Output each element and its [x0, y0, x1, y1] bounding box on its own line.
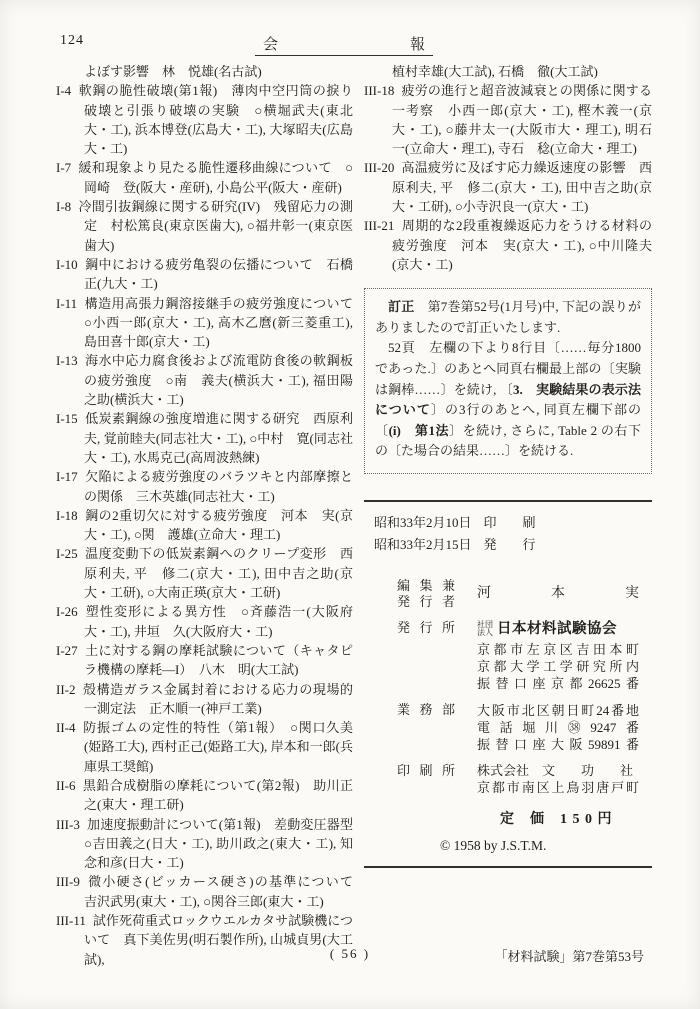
entry-text: 塑性変形による異方性 ○斉藤浩一(大阪府大・工), 井垣 久(大阪府大・工) — [84, 604, 353, 638]
program-entry: I-11構造用高張力鋼溶接継手の疲労強度について ○小西一郎(京大・工), 高木… — [56, 294, 353, 352]
entry-text: 疲労の進行と超音波減衰との関係に関する一考察 小西一郎(京大・工), 樫木義一(… — [392, 83, 665, 156]
program-entry: I-7緩和現象より見たる脆性遷移曲線について ○岡崎 登(阪大・産研), 小島公… — [56, 158, 353, 197]
business-dept-label: 業務部 — [397, 702, 455, 753]
header-title-char-2: 報 — [410, 33, 425, 55]
entry-number: I-18 — [56, 508, 78, 523]
corporate-status: 社団 法人 — [477, 621, 493, 638]
entry-number: I-15 — [56, 411, 78, 426]
print-date-line: 昭和33年2月10日印 刷 — [374, 512, 652, 534]
entry-text: 周期的な2段重複繰返応力をうける材料の疲労強度 河本 実(京大・工), ○中川隆… — [392, 218, 652, 272]
entry-number: I-26 — [56, 604, 78, 619]
program-entry: II-6黒鉛合成樹脂の摩耗について(第2報) 助川正之(東大・理工研) — [56, 776, 353, 815]
program-entry: I-10鋼中における疲労亀裂の伝播について 石橋 正(九大・工) — [56, 255, 353, 294]
program-entry: I-8冷間引抜鋼線に関する研究(IV) 残留応力の測定 村松篤良(東京医歯大),… — [56, 197, 353, 255]
correction-heading: 訂正 — [388, 299, 414, 314]
entry-number: I-11 — [56, 296, 77, 311]
publisher-postal-account: 振替口座京都26625番 — [477, 676, 639, 692]
header-title-char-1: 会 — [263, 33, 278, 55]
print-label: 印 刷 — [484, 515, 536, 530]
entry-number: II-2 — [56, 682, 76, 697]
publisher-row: 発行所 社団 法人 日本材料試験協会 京都市左京区吉田本町 京都大学工学研究所内… — [364, 620, 652, 692]
print-date: 昭和33年2月10日 — [374, 515, 472, 530]
program-entry: III-9微小硬さ(ビッカース硬さ)の基準について 吉沢武男(東大・工), ○関… — [56, 872, 353, 911]
program-entry: I-15低炭素鋼線の強度増進に関する研究 西原利夫, 覚前睦夫(同志社大・工),… — [56, 409, 353, 467]
entry-number: I-4 — [56, 83, 71, 98]
editor-name: 河本実 — [477, 586, 639, 602]
entry-text: 黒鉛合成樹脂の摩耗について(第2報) 助川正之(東大・理工研) — [83, 778, 354, 812]
publisher-org-name: 日本材料試験協会 — [497, 620, 617, 638]
entry-text: 高温疲労に及ぼす応力繰返速度の影響 西原利夫, 平 修二(京大・工), 田中吉之… — [392, 160, 652, 214]
page-number: 124 — [60, 33, 84, 49]
entry-number: III-11 — [56, 913, 86, 928]
right-column: 植村幸雄(大工試), 石橋 徹(大工試) III-18疲労の進行と超音波減衰との… — [364, 62, 652, 969]
entry-number: III-20 — [364, 160, 394, 175]
correction-notice-box: 訂正 第7巻第52号(1月号)中, 下記の誤りがありましたので訂正いたします. … — [364, 288, 652, 474]
program-entry: I-18鋼の2重切欠に対する疲労強度 河本 実(京大・工), ○関 護雄(立命大… — [56, 506, 353, 545]
correction-text: 第7巻第52号(1月号)中, 下記の誤りがありましたので訂正いたします. — [375, 299, 641, 335]
entry-text: 防振ゴムの定性的特性（第1報） ○関口久美(姫路工大), 西村正己(姫路工大),… — [83, 720, 354, 774]
correction-paragraph-1: 訂正 第7巻第52号(1月号)中, 下記の誤りがありましたので訂正いたします. — [375, 297, 641, 338]
page-header: 会 報 — [255, 33, 433, 56]
editor-row: 編集兼 発行者 河本実 — [364, 578, 652, 610]
entry-number: II-6 — [56, 778, 76, 793]
entry-text: 構造用高張力鋼溶接継手の疲労強度について ○小西一郎(京大・工), 高木乙麿(新… — [84, 296, 366, 350]
publisher-address: 京都大学工学研究所内 — [477, 659, 639, 675]
entry-text: 温度変動下の低炭素鋼へのクリープ変形 西原利夫, 平 修二(京大・工), 田中吉… — [84, 546, 353, 600]
business-phone: 電話堀川㊳9247番 — [477, 720, 639, 736]
business-dept-row: 業務部 大阪市北区朝日町24番地 電話堀川㊳9247番 振替口座大阪59891番 — [364, 702, 652, 753]
business-dept-value: 大阪市北区朝日町24番地 電話堀川㊳9247番 振替口座大阪59891番 — [477, 702, 639, 753]
editor-label: 編集兼 発行者 — [397, 578, 455, 610]
correction-bold-ref: (i) 第1法 — [389, 423, 450, 438]
entry-text: 緩和現象より見たる脆性遷移曲線について ○岡崎 登(阪大・産研), 小島公平(阪… — [78, 160, 353, 194]
divider-bottom — [364, 866, 652, 868]
program-entry: I-25温度変動下の低炭素鋼へのクリープ変形 西原利夫, 平 修二(京大・工),… — [56, 544, 353, 602]
publisher-org-line: 社団 法人 日本材料試験協会 — [477, 620, 639, 638]
program-entry: I-4軟鋼の脆性破壊(第1報) 薄肉中空円筒の捩り破壊と引張り破壊の実験 ○横堀… — [56, 81, 353, 158]
program-entry: III-3加速度振動計について(第1報) 差動変圧器型 ○吉田義之(日大・工),… — [56, 815, 353, 873]
program-entry: II-2殻構造ガラス金属封着における応力の現場的一測定法 正木順一(神戸工業) — [56, 680, 353, 719]
continuation-line: 植村幸雄(大工試), 石橋 徹(大工試) — [364, 62, 652, 81]
footer-journal-title: 「材料試験」第7巻第53号 — [494, 946, 644, 965]
program-entry: III-18疲労の進行と超音波減衰との関係に関する一考察 小西一郎(京大・工),… — [364, 81, 652, 158]
entry-text: 海水中応力腐食後および流電防食後の軟鋼板の疲労強度 ○南 義夫(横浜大・工), … — [84, 353, 353, 407]
entry-number: II-4 — [56, 720, 76, 735]
journal-page: 124 会 報 よぼす影響 林 悦雄(名古試) I-4軟鋼の脆性破壊(第1報) … — [0, 0, 700, 1009]
entry-number: III-3 — [56, 817, 80, 832]
entry-number: I-8 — [56, 199, 71, 214]
program-entry: I-26塑性変形による異方性 ○斉藤浩一(大阪府大・工), 井垣 久(大阪府大・… — [56, 602, 353, 641]
entry-text: 微小硬さ(ビッカース硬さ)の基準について 吉沢武男(東大・工), ○関谷三郎(東… — [84, 874, 366, 908]
publisher-label: 発行所 — [397, 620, 455, 692]
entry-number: III-18 — [364, 83, 394, 98]
printer-value: 株式会社 文 功 社 京都市南区上鳥羽唐戸町 — [477, 763, 639, 796]
entry-text: 鋼の2重切欠に対する疲労強度 河本 実(京大・工), ○関 護雄(立命大・理工) — [84, 508, 353, 542]
entry-text: 加速度振動計について(第1報) 差動変圧器型 ○吉田義之(日大・工), 助川政之… — [84, 817, 366, 871]
issue-date: 昭和33年2月15日 — [374, 537, 472, 552]
two-column-body: よぼす影響 林 悦雄(名古試) I-4軟鋼の脆性破壊(第1報) 薄肉中空円筒の捩… — [56, 62, 652, 969]
publisher-address: 京都市左京区吉田本町 — [477, 642, 639, 658]
entry-number: III-21 — [364, 218, 394, 233]
business-address: 大阪市北区朝日町24番地 — [477, 703, 639, 719]
entry-text: 欠陥による疲労強度のバラツキと内部摩擦との関係 三木英雄(同志社大・工) — [84, 469, 353, 503]
left-column: よぼす影響 林 悦雄(名古試) I-4軟鋼の脆性破壊(第1報) 薄肉中空円筒の捩… — [56, 62, 353, 969]
issue-date-line: 昭和33年2月15日発 行 — [374, 534, 652, 556]
entry-number: I-7 — [56, 160, 71, 175]
correction-paragraph-2: 52頁 左欄の下より8行目〔……毎分1800であった.〕のあとへ同頁右欄最上部の… — [375, 338, 641, 462]
entry-number: III-9 — [56, 874, 80, 889]
issue-label: 発 行 — [484, 537, 536, 552]
publication-dates: 昭和33年2月10日印 刷 昭和33年2月15日発 行 — [374, 512, 652, 556]
price: 定 価 1 5 0 円 — [500, 808, 652, 828]
program-entry: I-27土に対する鋼の摩耗試験について（キャタピラ機構の摩耗―I） 八木 明(大… — [56, 641, 353, 680]
entry-number: I-27 — [56, 643, 78, 658]
program-entry: III-20高温疲労に及ぼす応力繰返速度の影響 西原利夫, 平 修二(京大・工)… — [364, 158, 652, 216]
entry-number: I-17 — [56, 469, 78, 484]
entry-text: 鋼中における疲労亀裂の伝播について 石橋 正(九大・工) — [84, 257, 366, 291]
program-entry: II-4防振ゴムの定性的特性（第1報） ○関口久美(姫路工大), 西村正己(姫路… — [56, 718, 353, 776]
entry-number: I-25 — [56, 546, 78, 561]
entry-text: 低炭素鋼線の強度増進に関する研究 西原利夫, 覚前睦夫(同志社大・工), ○中村… — [84, 411, 353, 465]
entry-text: 軟鋼の脆性破壊(第1報) 薄肉中空円筒の捩り破壊と引張り破壊の実験 ○横堀武夫(… — [78, 83, 353, 156]
program-entry: III-21周期的な2段重複繰返応力をうける材料の疲労強度 河本 実(京大・工)… — [364, 216, 652, 274]
program-entry: I-13海水中応力腐食後および流電防食後の軟鋼板の疲労強度 ○南 義夫(横浜大・… — [56, 351, 353, 409]
entry-text: 殻構造ガラス金属封着における応力の現場的一測定法 正木順一(神戸工業) — [83, 682, 354, 716]
publisher-value: 社団 法人 日本材料試験協会 京都市左京区吉田本町 京都大学工学研究所内 振替口… — [477, 620, 639, 692]
printer-address: 京都市南区上鳥羽唐戸町 — [477, 780, 639, 796]
entry-text: 冷間引抜鋼線に関する研究(IV) 残留応力の測定 村松篤良(東京医歯大), ○福… — [78, 199, 353, 253]
entry-text: 土に対する鋼の摩耗試験について（キャタピラ機構の摩耗―I） 八木 明(大工試) — [84, 643, 353, 677]
printer-name: 株式会社 文 功 社 — [477, 763, 639, 779]
program-entry: I-17欠陥による疲労強度のバラツキと内部摩擦との関係 三木英雄(同志社大・工) — [56, 467, 353, 506]
business-postal-account: 振替口座大阪59891番 — [477, 737, 639, 753]
printer-row: 印刷所 株式会社 文 功 社 京都市南区上鳥羽唐戸町 — [364, 763, 652, 796]
colophon: 昭和33年2月10日印 刷 昭和33年2月15日発 行 編集兼 発行者 河本実 … — [364, 500, 652, 868]
continuation-line: よぼす影響 林 悦雄(名古試) — [56, 62, 353, 81]
entry-number: I-13 — [56, 353, 78, 368]
entry-number: I-10 — [56, 257, 78, 272]
divider-top — [364, 500, 652, 502]
printer-label: 印刷所 — [397, 763, 455, 796]
copyright-notice: © 1958 by J.S.T.M. — [440, 838, 652, 854]
